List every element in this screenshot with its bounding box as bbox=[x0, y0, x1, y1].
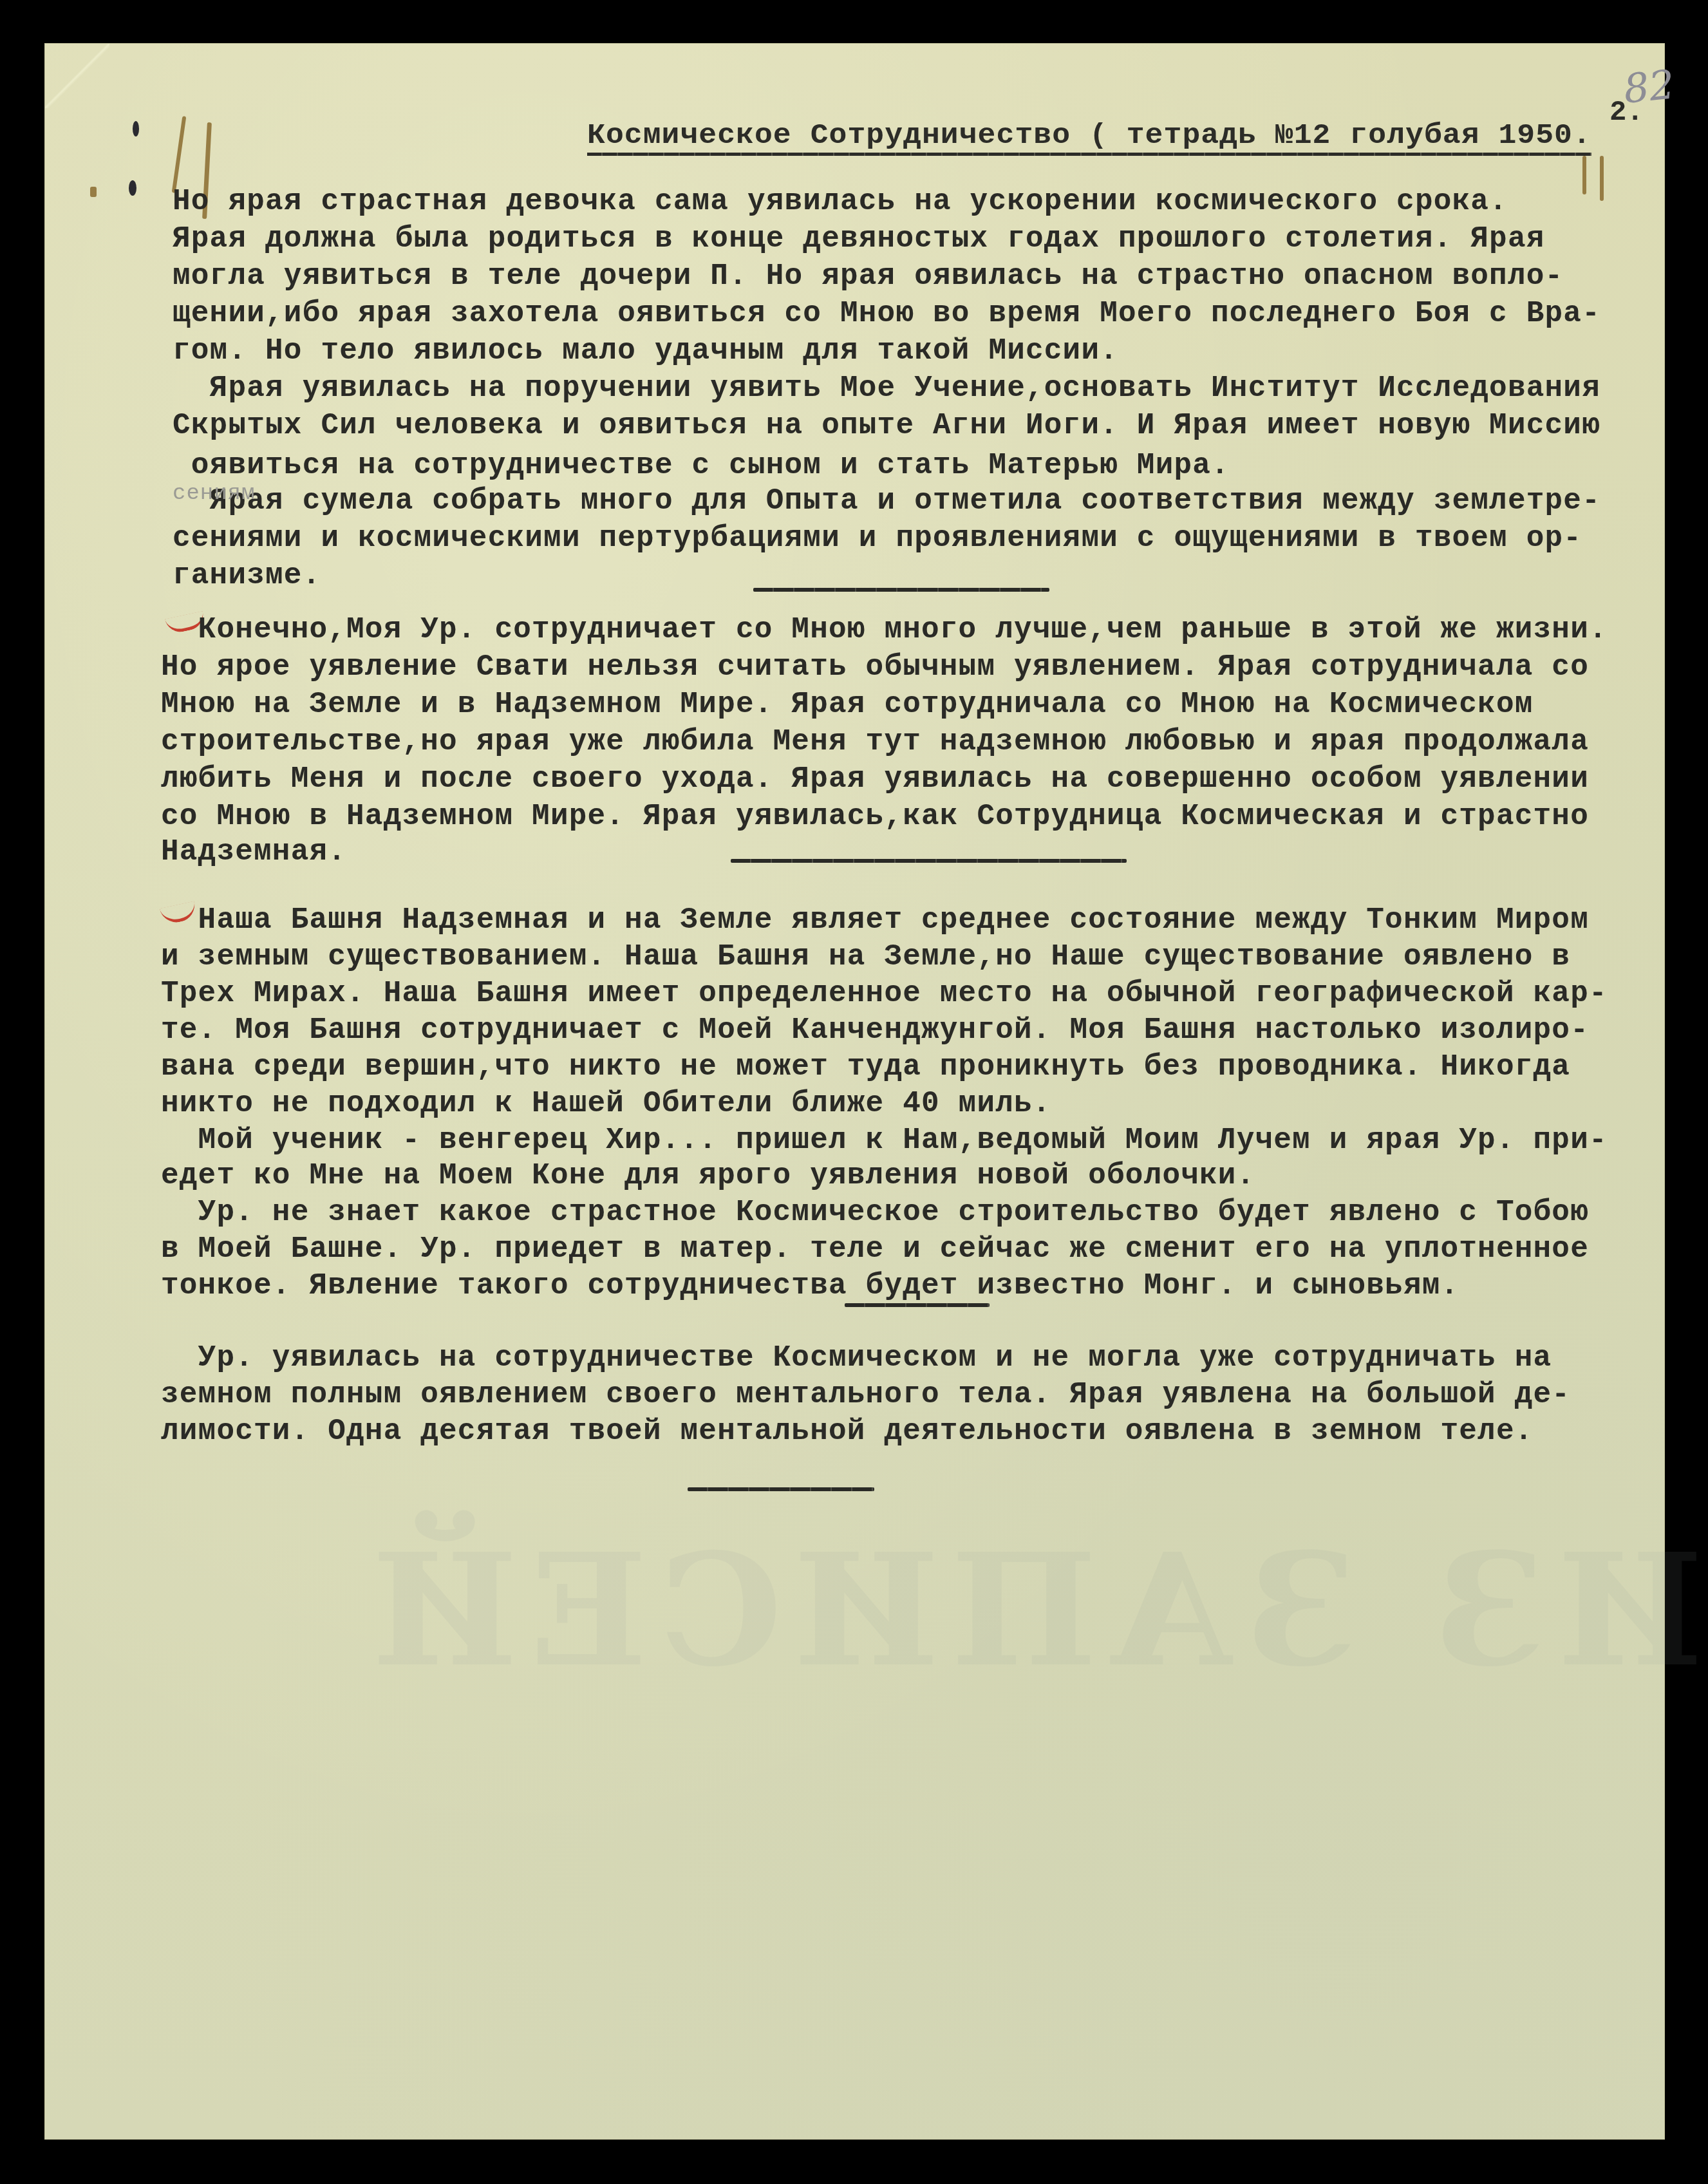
text-line: щении,ибо ярая захотела оявиться со Мною… bbox=[173, 297, 1600, 330]
text-line: Надземная. bbox=[161, 835, 346, 869]
text-line: и земным существованием. Наша Башня на З… bbox=[161, 940, 1570, 974]
text-line: любить Меня и после своего ухода. Ярая у… bbox=[161, 762, 1589, 796]
binding-hole-mark bbox=[129, 180, 136, 196]
text-line: ганизме. bbox=[173, 559, 321, 592]
text-line: те. Моя Башня сотрудничает с Моей Канчен… bbox=[161, 1013, 1589, 1047]
text-line: Трех Мирах. Наша Башня имеет определенно… bbox=[161, 977, 1608, 1010]
text-line: могла уявиться в теле дочери П. Но ярая … bbox=[173, 259, 1563, 293]
page-number-handwritten: 82 bbox=[1621, 61, 1676, 113]
text-line: вана среди вершин,что никто не может туд… bbox=[161, 1050, 1570, 1084]
text-line: лимости. Одна десятая твоей ментальной д… bbox=[161, 1415, 1534, 1448]
section-separator bbox=[731, 859, 1127, 863]
text-line: Ур. уявилась на сотрудничестве Космическ… bbox=[161, 1341, 1552, 1375]
text-line: никто не подходил к Нашей Обители ближе … bbox=[161, 1087, 1051, 1120]
text-line: едет ко Мне на Моем Коне для ярого уявле… bbox=[161, 1159, 1255, 1192]
text-line: Мною на Земле и в Надземном Мире. Ярая с… bbox=[161, 688, 1534, 721]
bleed-through-text: ИЗ ЗАПИСЕЙ bbox=[361, 1520, 1703, 1701]
text-line: Конечно,Моя Ур. сотрудничает со Мною мно… bbox=[161, 613, 1608, 646]
rust-mark bbox=[1600, 156, 1604, 201]
rust-mark bbox=[90, 187, 97, 197]
text-line: Наша Башня Надземная и на Земле являет с… bbox=[161, 903, 1589, 937]
text-line: Ярая уявилась на поручении уявить Мое Уч… bbox=[173, 372, 1600, 405]
text-line: со Мною в Надземном Мире. Ярая уявилась,… bbox=[161, 800, 1589, 833]
rust-mark bbox=[1582, 156, 1586, 194]
text-line: Но ярая страстная девочка сама уявилась … bbox=[173, 185, 1508, 218]
text-line: Ярая должна была родиться в конце девяно… bbox=[173, 222, 1545, 256]
section-separator bbox=[845, 1303, 990, 1307]
text-line: земном полным оявлением своего ментально… bbox=[161, 1378, 1570, 1411]
title-underline bbox=[587, 153, 1591, 156]
margin-note-correction: сениям bbox=[173, 482, 255, 506]
text-line: строительстве,но ярая уже любила Меня ту… bbox=[161, 725, 1589, 758]
text-line: Ярая сумела собрать много для Опыта и от… bbox=[173, 484, 1600, 518]
text-line: сениями и космическими пертурбациями и п… bbox=[173, 522, 1582, 555]
text-line: оявиться на сотрудничестве с сыном и ста… bbox=[173, 449, 1230, 482]
text-line: тонкое. Явление такого сотрудничества бу… bbox=[161, 1269, 1459, 1303]
text-line: Скрытых Сил человека и оявиться на опыте… bbox=[173, 409, 1600, 442]
binding-hole-mark bbox=[133, 121, 139, 136]
text-line: гом. Но тело явилось мало удачным для та… bbox=[173, 334, 1118, 368]
section-separator bbox=[688, 1487, 874, 1491]
document-title: Космическое Сотрудничество ( тетрадь №12… bbox=[587, 120, 1591, 152]
text-line: в Моей Башне. Ур. приедет в матер. теле … bbox=[161, 1232, 1589, 1266]
text-line: Но ярое уявление Свати нельзя считать об… bbox=[161, 650, 1589, 684]
text-line: Мой ученик - венгерец Хир... пришел к На… bbox=[161, 1124, 1608, 1157]
text-line: Ур. не знает какое страстное Космическое… bbox=[161, 1196, 1589, 1229]
section-separator bbox=[753, 588, 1049, 592]
